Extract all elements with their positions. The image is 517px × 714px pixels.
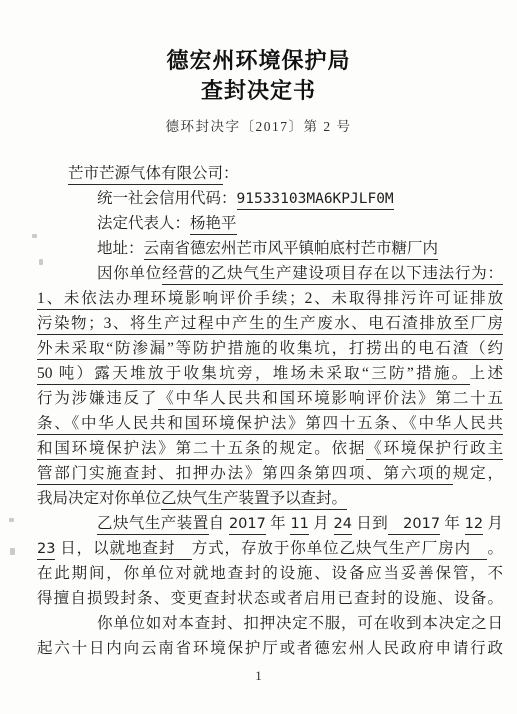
text-segment: 自 xyxy=(209,515,229,532)
scan-artifact xyxy=(9,518,14,522)
underlined-text-segment: 1、未依法办理环境影响评价手续；2、未取得排污许可证排放 xyxy=(37,290,503,310)
document-line: 1、未依法办理环境影响评价手续；2、未取得排污许可证排放 xyxy=(37,286,503,311)
document-line: 行为涉嫌违反了《中华人民共和国环境影响评价法》第二十五 xyxy=(37,386,503,411)
scan-artifact xyxy=(39,259,43,265)
text-segment: 起六十日内向云南省环境保护厅或者德宏州人民政府申请行政 xyxy=(37,640,503,657)
document-line: 我局决定对你单位乙炔气生产装置予以查封。 xyxy=(37,486,503,511)
underlined-text-segment: 管部门实施查封、扣押办法》第四条第四项、第六项的 xyxy=(37,465,453,485)
text-segment: 年 xyxy=(440,515,465,532)
text-segment: 月 xyxy=(309,515,334,532)
document-title-line2: 查封决定书 xyxy=(0,76,517,106)
document-line: 污染物；3、将生产过程中产生的生产废水、电石渣排放至厂房 xyxy=(37,311,503,336)
text-segment: 你单位如对本查封、扣押决定不服，可在收到本决定之日 xyxy=(97,615,503,632)
underlined-text-segment: 23 xyxy=(37,541,55,560)
underlined-text-segment: 《环境保护行政主 xyxy=(366,440,503,460)
text-segment: 日到 xyxy=(352,515,388,532)
underlined-text-segment: 《中华人民共和国环境影响评价法》第二十五 xyxy=(158,390,503,410)
text-segment: 日，以 xyxy=(55,540,109,557)
document-header: 德宏州环境保护局 查封决定书 德环封决字〔2017〕第 2 号 xyxy=(0,0,517,135)
underlined-text-segment: 你单位乙炔气生产厂房内 xyxy=(290,540,487,560)
underlined-text-segment: 污染物；3、将生产过程中产生的生产废水、电石渣排放至厂房 xyxy=(37,315,503,335)
underlined-text-segment: 91533103MA6KPJLF0M xyxy=(237,191,394,210)
underlined-text-segment: 芒市芒源气体有限公司 xyxy=(68,165,223,185)
document-line: 外未采取“防渗漏”等防护措施的收集坑，打捞出的电石渣（约 xyxy=(37,336,503,361)
text-segment: ： xyxy=(223,165,239,182)
text-segment: 因你单位 xyxy=(97,265,162,282)
text-segment: 月 xyxy=(483,515,503,532)
scan-artifact xyxy=(32,234,37,238)
document-line: 统一社会信用代码：91533103MA6KPJLF0M xyxy=(37,186,503,211)
underlined-text-segment: 和国环境保护法》第二十五条 xyxy=(37,440,262,460)
text-segment: 地址： xyxy=(97,240,144,257)
underlined-text-segment: 2017 xyxy=(229,516,266,535)
document-number: 德环封决字〔2017〕第 2 号 xyxy=(0,115,517,135)
page-number: 1 xyxy=(0,668,517,684)
document-line: 你单位如对本查封、扣押决定不服，可在收到本决定之日 xyxy=(37,611,503,636)
text-segment: 方式，存放于 xyxy=(192,540,291,557)
document-line: 23 日，以就地查封 方式，存放于你单位乙炔气生产厂房内 。 xyxy=(37,536,503,561)
document-line: 乙炔气生产装置自 2017 年 11 月 24 日到 2017 年 12 月 xyxy=(37,511,503,536)
text-segment: 年 xyxy=(266,515,291,532)
text-segment: 统一社会信用代码： xyxy=(97,190,237,207)
document-line: 得擅自损毁封条、变更查封状态或者启用已查封的设施、设备。 xyxy=(37,586,503,611)
text-segment: 规定， xyxy=(453,465,503,482)
text-segment: 法定代表人： xyxy=(97,215,190,232)
underlined-text-segment: 杨艳平 xyxy=(190,215,237,235)
text-segment: 上述 xyxy=(470,365,503,382)
underlined-text-segment: 云南省德宏州芒市风平镇帕底村芒市糖厂内 xyxy=(144,240,439,260)
document-page: 德宏州环境保护局 查封决定书 德环封决字〔2017〕第 2 号 芒市芒源气体有限… xyxy=(0,0,517,714)
underlined-text-segment: 2017 xyxy=(388,516,440,535)
underlined-text-segment: 就地查封 xyxy=(110,540,192,560)
document-line: 50 吨）露天堆放于收集坑旁，堆场未采取“三防”措施。上述 xyxy=(37,361,503,386)
document-line: 和国环境保护法》第二十五条的规定。依据《环境保护行政主 xyxy=(37,436,503,461)
text-segment: 。 xyxy=(487,540,503,557)
document-line: 条、《中华人民共和国环境保护法》第四十五条、《中华人民共 xyxy=(37,411,503,436)
document-body: 芒市芒源气体有限公司：统一社会信用代码：91533103MA6KPJLF0M法定… xyxy=(37,161,503,661)
underlined-text-segment: 12 xyxy=(465,516,483,535)
document-line: 芒市芒源气体有限公司： xyxy=(37,161,503,186)
underlined-text-segment: 11 xyxy=(290,516,308,535)
underlined-text-segment: 条、《中华人民共和国环境保护法》第四十五条、《中华人民共 xyxy=(37,415,503,435)
text-segment: 的规定。依据 xyxy=(262,440,366,457)
document-line: 起六十日内向云南省环境保护厅或者德宏州人民政府申请行政 xyxy=(37,636,503,661)
document-line: 因你单位经营的乙炔气生产建设项目存在以下违法行为： xyxy=(37,261,503,286)
underlined-text-segment: 24 xyxy=(334,516,352,535)
text-segment: 我局决定对你单位 xyxy=(37,490,161,507)
document-title-line1: 德宏州环境保护局 xyxy=(0,46,517,76)
document-line: 地址：云南省德宏州芒市风平镇帕底村芒市糖厂内 xyxy=(37,236,503,261)
underlined-text-segment: 乙炔气生产装置 xyxy=(97,515,209,535)
text-segment: 在此期间，你单位对就地查封的设施、设备应当妥善保管，不 xyxy=(37,565,503,582)
underlined-text-segment: 外未采取“防渗漏”等防护措施的收集坑，打捞出的电石渣（约 xyxy=(37,340,503,360)
document-line: 在此期间，你单位对就地查封的设施、设备应当妥善保管，不 xyxy=(37,561,503,586)
scan-artifact xyxy=(10,548,15,555)
document-line: 管部门实施查封、扣押办法》第四条第四项、第六项的规定， xyxy=(37,461,503,486)
underlined-text-segment: 乙炔气生产装置予以查封。 xyxy=(161,490,347,510)
underlined-text-segment: 经营的乙炔气生产建设项目存在以下违法行为： xyxy=(162,265,503,285)
text-segment: 行为涉嫌违反了 xyxy=(37,390,158,407)
text-segment: 得擅自损毁封条、变更查封状态或者启用已查封的设施、设备。 xyxy=(37,590,503,607)
document-line: 法定代表人：杨艳平 xyxy=(37,211,503,236)
underlined-text-segment: 50 吨）露天堆放于收集坑旁，堆场未采取“三防”措施。 xyxy=(37,365,470,385)
